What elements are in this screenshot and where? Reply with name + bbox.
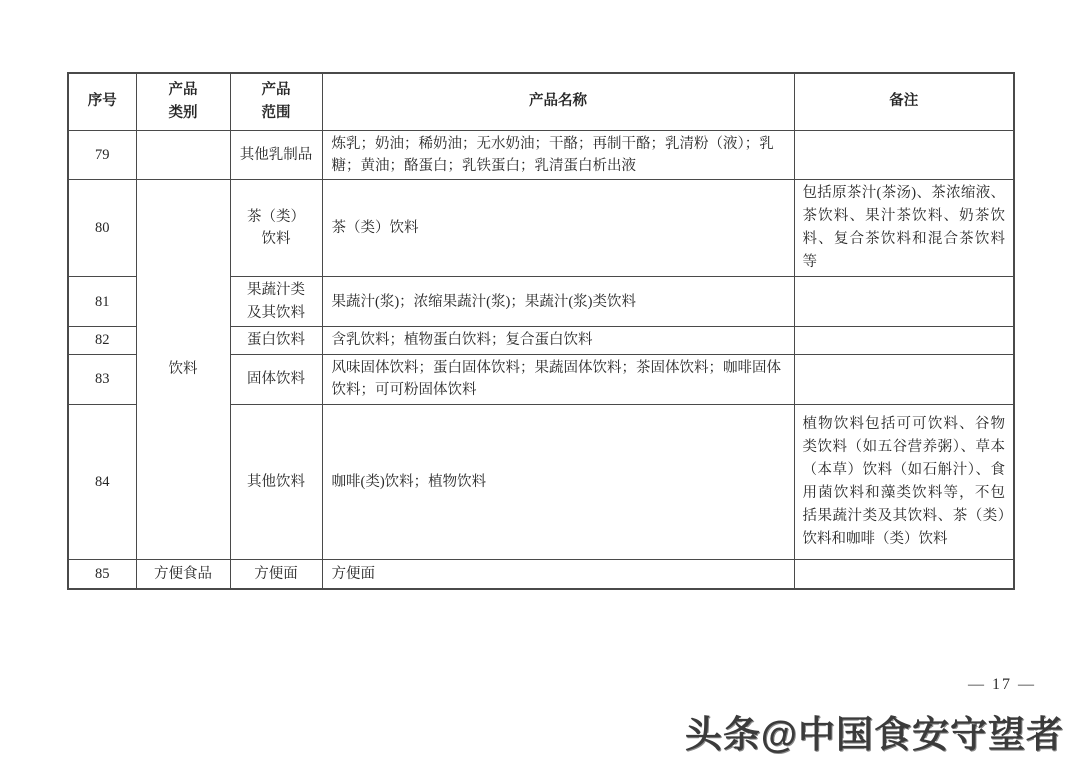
cell-remark: 植物饮料包括可可饮料、谷物类饮料（如五谷营养粥）、草本（本草）饮料（如石斛汁）、… <box>794 404 1014 559</box>
header-serial: 序号 <box>68 73 136 130</box>
header-category: 产品 类别 <box>136 73 230 130</box>
document-page: 序号 产品 类别 产品 范围 产品名称 备注 79 其他乳制品 炼乳；奶油；稀奶… <box>0 0 1080 763</box>
cell-scope: 茶（类） 饮料 <box>230 180 322 277</box>
cell-scope: 其他乳制品 <box>230 130 322 180</box>
cell-remark <box>794 559 1014 589</box>
watermark-text: 头条@中国食安守望者 <box>685 704 1064 758</box>
cell-name: 茶（类）饮料 <box>322 180 794 277</box>
cell-serial: 84 <box>68 404 136 559</box>
header-name: 产品名称 <box>322 73 794 130</box>
cell-serial: 83 <box>68 354 136 404</box>
cell-scope: 固体饮料 <box>230 354 322 404</box>
table-row: 79 其他乳制品 炼乳；奶油；稀奶油；无水奶油；干酪；再制干酪；乳清粉（液）；乳… <box>68 130 1014 180</box>
cell-serial: 80 <box>68 180 136 277</box>
cell-remark <box>794 277 1014 327</box>
cell-remark: 包括原茶汁(茶汤)、茶浓缩液、茶饮料、果汁茶饮料、奶茶饮料、复合茶饮料和混合茶饮… <box>794 180 1014 277</box>
cell-name: 风味固体饮料；蛋白固体饮料；果蔬固体饮料；茶固体饮料；咖啡固体饮料；可可粉固体饮… <box>322 354 794 404</box>
cell-category-merged: 饮料 <box>136 180 230 559</box>
cell-serial: 85 <box>68 559 136 589</box>
product-category-table: 序号 产品 类别 产品 范围 产品名称 备注 79 其他乳制品 炼乳；奶油；稀奶… <box>67 72 1015 590</box>
cell-scope: 其他饮料 <box>230 404 322 559</box>
cell-serial: 81 <box>68 277 136 327</box>
cell-scope: 果蔬汁类 及其饮料 <box>230 277 322 327</box>
table-row: 85 方便食品 方便面 方便面 <box>68 559 1014 589</box>
cell-name: 含乳饮料；植物蛋白饮料；复合蛋白饮料 <box>322 327 794 354</box>
cell-category: 方便食品 <box>136 559 230 589</box>
cell-remark <box>794 327 1014 354</box>
cell-serial: 79 <box>68 130 136 180</box>
cell-scope: 方便面 <box>230 559 322 589</box>
table-header-row: 序号 产品 类别 产品 范围 产品名称 备注 <box>68 73 1014 130</box>
cell-name: 果蔬汁(浆)；浓缩果蔬汁(浆)；果蔬汁(浆)类饮料 <box>322 277 794 327</box>
page-number: — 17 — <box>968 676 1036 694</box>
header-remark: 备注 <box>794 73 1014 130</box>
table-row: 80 饮料 茶（类） 饮料 茶（类）饮料 包括原茶汁(茶汤)、茶浓缩液、茶饮料、… <box>68 180 1014 277</box>
cell-name: 咖啡(类)饮料；植物饮料 <box>322 404 794 559</box>
cell-name: 炼乳；奶油；稀奶油；无水奶油；干酪；再制干酪；乳清粉（液）；乳糖；黄油；酪蛋白；… <box>322 130 794 180</box>
header-scope: 产品 范围 <box>230 73 322 130</box>
cell-name: 方便面 <box>322 559 794 589</box>
cell-serial: 82 <box>68 327 136 354</box>
cell-remark <box>794 354 1014 404</box>
cell-remark <box>794 130 1014 180</box>
cell-category <box>136 130 230 180</box>
cell-scope: 蛋白饮料 <box>230 327 322 354</box>
